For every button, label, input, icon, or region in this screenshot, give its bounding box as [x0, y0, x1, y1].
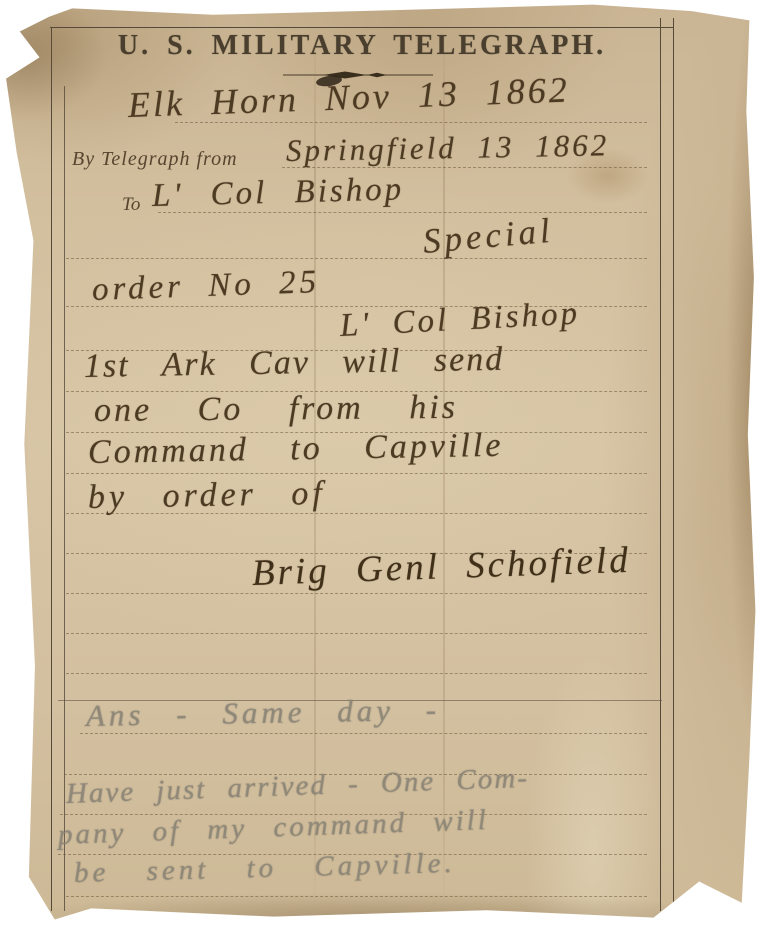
paper-sheet: U. S. MILITARY TELEGRAPH. By Telegraph f…: [0, 0, 760, 925]
form-title: U. S. MILITARY TELEGRAPH.: [62, 30, 662, 62]
handwritten-body-line3: Command to Capville: [88, 427, 504, 472]
handwritten-order-no: order No 25: [91, 264, 320, 309]
handwritten-special: Special: [421, 211, 555, 262]
ruled-line: [66, 633, 647, 634]
ruled-line: [66, 593, 647, 594]
handwritten-addressee: L' Col Bishop: [152, 171, 405, 215]
ruled-line: [66, 896, 647, 897]
by-telegraph-from-label: By Telegraph from: [72, 148, 238, 171]
top-border-rule: [50, 27, 674, 28]
ruled-line: [66, 473, 647, 474]
handwritten-signature: Brig Genl Schofield: [251, 539, 631, 595]
scanned-telegram-page: U. S. MILITARY TELEGRAPH. By Telegraph f…: [0, 0, 760, 925]
ruled-line: [66, 258, 647, 259]
left-border-rule-outer: [51, 27, 52, 911]
pencil-reply-line1: Have just arrived - One Com-: [65, 762, 529, 811]
handwritten-origin: Springfield 13 1862: [286, 127, 610, 169]
ruled-line: [175, 122, 647, 123]
to-label: To: [122, 194, 140, 216]
pencil-answer-note: Ans - Same day -: [86, 692, 441, 734]
right-border-rule-outer: [673, 18, 674, 911]
handwritten-body-line4: by order of: [88, 475, 326, 517]
ruled-line: [80, 733, 647, 734]
pencil-reply-line2: pany of my command will: [57, 804, 489, 852]
ruled-line: [66, 673, 647, 674]
handwritten-body-line1: 1st Ark Cav will send: [84, 341, 505, 386]
handwritten-dateline: Elk Horn Nov 13 1862: [127, 69, 570, 126]
right-border-rule-inner: [660, 18, 661, 911]
handwritten-body-line2: one Co from his: [94, 389, 458, 430]
handwritten-addressee-repeat: L' Col Bishop: [339, 295, 581, 345]
